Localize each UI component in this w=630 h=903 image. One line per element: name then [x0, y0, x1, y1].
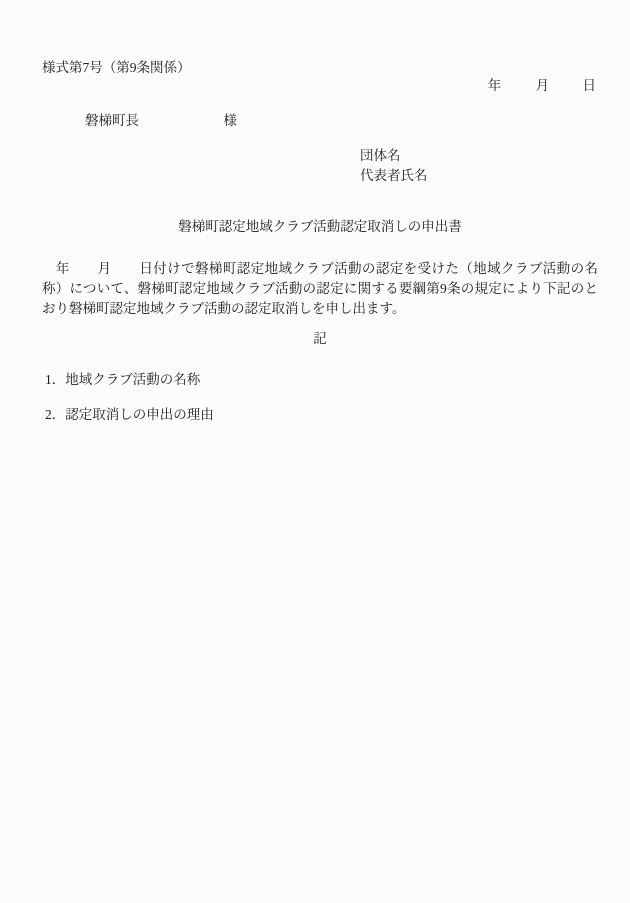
document-page: 様式第7号（第9条関係） 年 月 日 磐梯町長 様 団体名 代表者氏名 磐梯町認… — [0, 0, 630, 903]
sender-group-name-label: 団体名 — [360, 146, 428, 166]
form-number: 様式第7号（第9条関係） — [42, 58, 191, 78]
item-label: 認定取消しの申出の理由 — [65, 407, 214, 422]
item-label: 地域クラブ活動の名称 — [65, 372, 200, 387]
item-number: 1． — [45, 372, 65, 387]
sender-representative-name-label: 代表者氏名 — [360, 166, 428, 186]
date-day-label: 日 — [583, 78, 597, 93]
date-year-label: 年 — [488, 78, 502, 93]
addressee-line: 磐梯町長 様 — [85, 111, 237, 131]
item-number: 2． — [45, 407, 65, 422]
addressee-honorific: 様 — [223, 113, 237, 128]
addressee-name: 磐梯町長 — [85, 113, 139, 128]
record-marker: 記 — [42, 329, 598, 349]
list-item-club-name: 1．地域クラブ活動の名称 — [45, 370, 200, 390]
list-item-cancellation-reason: 2．認定取消しの申出の理由 — [45, 405, 214, 425]
date-month-label: 月 — [536, 78, 550, 93]
sender-block: 団体名 代表者氏名 — [360, 146, 428, 186]
body-paragraph: 年 月 日付けで磐梯町認定地域クラブ活動の認定を受けた（地域クラブ活動の名称）に… — [42, 259, 598, 319]
document-title: 磐梯町認定地域クラブ活動認定取消しの申出書 — [42, 217, 598, 237]
date-line: 年 月 日 — [488, 76, 596, 96]
